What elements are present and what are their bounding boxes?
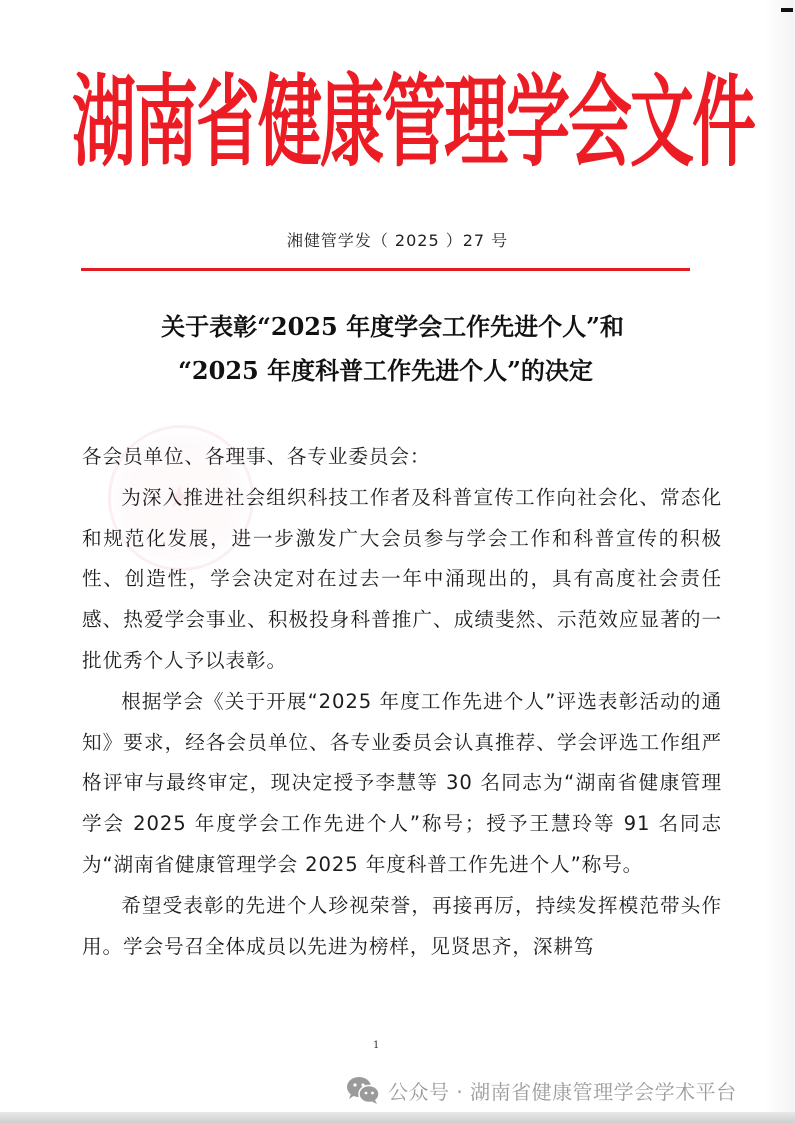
title-line-1: 关于表彰“2025 年度学会工作先进个人”和 <box>0 305 795 349</box>
document-title: 关于表彰“2025 年度学会工作先进个人”和 “2025 年度科普工作先进个人”… <box>0 305 795 393</box>
title-line-2: “2025 年度科普工作先进个人”的决定 <box>0 349 795 393</box>
document-body: 各会员单位、各理事、各专业委员会： 为深入推进社会组织科技工作者及科普宣传工作向… <box>82 437 722 967</box>
wechat-watermark: 公众号 · 湖南省健康管理学会学术平台 <box>346 1073 737 1107</box>
watermark-text: 公众号 · 湖南省健康管理学会学术平台 <box>388 1076 737 1105</box>
paragraph-decision: 根据学会《关于开展“2025 年度工作先进个人”评选表彰活动的通知》要求，经各会… <box>82 682 722 886</box>
wechat-icon <box>346 1076 380 1104</box>
salutation: 各会员单位、各理事、各专业委员会： <box>82 437 722 478</box>
document-masthead: 湖南省健康管理学会文件 <box>72 25 712 223</box>
paragraph-exhortation: 希望受表彰的先进个人珍视荣誉，再接再厉，持续发挥模范带头作用。学会号召全体成员以… <box>82 886 722 968</box>
red-divider-rule <box>81 268 690 271</box>
page-number: 1 <box>373 1040 379 1051</box>
page-edge-shadow <box>765 0 795 1123</box>
document-number: 湘健管学发（ 2025 ）27 号 <box>0 228 795 251</box>
paragraph-purpose: 为深入推进社会组织科技工作者及科普宣传工作向社会化、常态化和规范化发展，进一步激… <box>82 478 722 682</box>
scan-corner-mark <box>781 8 793 12</box>
page-bottom-shadow <box>0 1112 795 1123</box>
